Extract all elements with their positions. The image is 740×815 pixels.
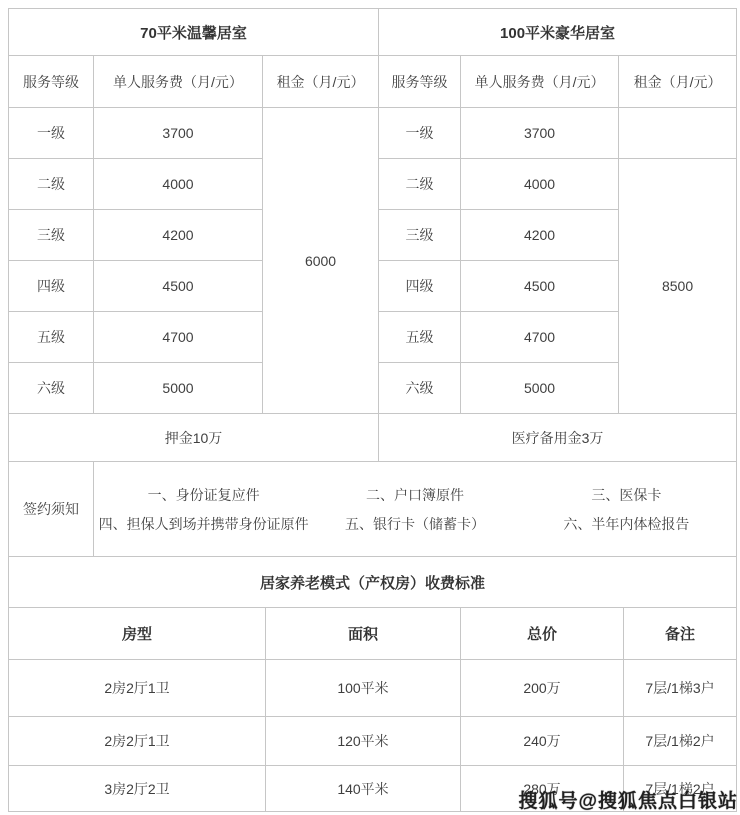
notice-item-1: 一、身份证复应件 xyxy=(98,485,309,505)
room-type-title-100: 100平米豪华居室 xyxy=(379,9,737,56)
rent-value-right: 8500 xyxy=(619,159,737,414)
level-name: 二级 xyxy=(9,159,94,210)
level-name: 三级 xyxy=(9,210,94,261)
col-header-area: 面积 xyxy=(266,608,461,660)
level-name: 六级 xyxy=(9,363,94,414)
level-name: 一级 xyxy=(9,108,94,159)
room-type: 2房2厅1卫 xyxy=(9,717,266,766)
level-name: 四级 xyxy=(379,261,461,312)
notice-line-2: 四、担保人到场并携带身份证原件 五、银行卡（储蓄卡） 六、半年内体检报告 xyxy=(98,514,732,534)
notice-item-5: 五、银行卡（储蓄卡） xyxy=(309,514,520,534)
level-fee: 4500 xyxy=(94,261,263,312)
col-header-rent-left: 租金（月/元） xyxy=(263,56,379,108)
ownership-header-row: 房型 面积 总价 备注 xyxy=(9,608,737,660)
room-price: 200万 xyxy=(461,660,624,717)
signing-notice-row: 签约须知 一、身份证复应件 二、户口簿原件 三、医保卡 四、担保人到场并携带身份… xyxy=(9,462,737,557)
notice-item-2: 二、户口簿原件 xyxy=(309,485,520,505)
col-header-service-level-left: 服务等级 xyxy=(9,56,94,108)
page: { "colors": { "border": "#c6c6c6", "text… xyxy=(0,0,740,815)
notice-item-3: 三、医保卡 xyxy=(521,485,732,505)
sohu-watermark: 搜狐号@搜狐焦点白银站 xyxy=(518,786,738,813)
level-fee: 3700 xyxy=(94,108,263,159)
level-name: 六级 xyxy=(379,363,461,414)
pricing-sheet: 70平米温馨居室 100平米豪华居室 服务等级 单人服务费（月/元） 租金（月/… xyxy=(8,8,736,812)
col-header-fee-left: 单人服务费（月/元） xyxy=(94,56,263,108)
col-header-service-level-right: 服务等级 xyxy=(379,56,461,108)
level-fee: 4700 xyxy=(461,312,619,363)
level-name: 四级 xyxy=(9,261,94,312)
level-fee: 4500 xyxy=(461,261,619,312)
level-fee: 4700 xyxy=(94,312,263,363)
col-header-room-type: 房型 xyxy=(9,608,266,660)
level-fee: 4200 xyxy=(461,210,619,261)
room-area: 140平米 xyxy=(266,766,461,812)
col-header-remark: 备注 xyxy=(624,608,737,660)
level-row-1: 一级 3700 6000 一级 3700 xyxy=(9,108,737,159)
ownership-pricing-table: 居家养老模式（产权房）收费标准 房型 面积 总价 备注 2房2厅1卫 100平米… xyxy=(8,556,737,812)
col-header-rent-right: 租金（月/元） xyxy=(619,56,737,108)
level-name: 一级 xyxy=(379,108,461,159)
level-name: 五级 xyxy=(379,312,461,363)
room-note: 7层/1梯3户 xyxy=(624,660,737,717)
column-header-row: 服务等级 单人服务费（月/元） 租金（月/元） 服务等级 单人服务费（月/元） … xyxy=(9,56,737,108)
ownership-title-row: 居家养老模式（产权房）收费标准 xyxy=(9,557,737,608)
level-name: 五级 xyxy=(9,312,94,363)
level-name: 二级 xyxy=(379,159,461,210)
ownership-row-1: 2房2厅1卫 100平米 200万 7层/1梯3户 xyxy=(9,660,737,717)
level-name: 三级 xyxy=(379,210,461,261)
room-type-title-row: 70平米温馨居室 100平米豪华居室 xyxy=(9,9,737,56)
notice-item-4: 四、担保人到场并携带身份证原件 xyxy=(98,514,309,534)
room-type: 3房2厅2卫 xyxy=(9,766,266,812)
col-header-fee-right: 单人服务费（月/元） xyxy=(461,56,619,108)
level-fee: 4200 xyxy=(94,210,263,261)
room-type-title-70: 70平米温馨居室 xyxy=(9,9,379,56)
rent-value-left: 6000 xyxy=(263,108,379,414)
rent-empty-cell-right xyxy=(619,108,737,159)
deposit-note: 押金10万 xyxy=(9,414,379,462)
col-header-total-price: 总价 xyxy=(461,608,624,660)
level-fee: 5000 xyxy=(94,363,263,414)
notice-line-1: 一、身份证复应件 二、户口簿原件 三、医保卡 xyxy=(98,485,732,505)
medical-reserve-note: 医疗备用金3万 xyxy=(379,414,737,462)
level-fee: 3700 xyxy=(461,108,619,159)
ownership-section-title: 居家养老模式（产权房）收费标准 xyxy=(9,557,737,608)
notice-item-6: 六、半年内体检报告 xyxy=(521,514,732,534)
deposit-row: 押金10万 医疗备用金3万 xyxy=(9,414,737,462)
room-note: 7层/1梯2户 xyxy=(624,717,737,766)
ownership-row-2: 2房2厅1卫 120平米 240万 7层/1梯2户 xyxy=(9,717,737,766)
room-price: 240万 xyxy=(461,717,624,766)
room-area: 100平米 xyxy=(266,660,461,717)
level-fee: 4000 xyxy=(94,159,263,210)
level-fee: 4000 xyxy=(461,159,619,210)
signing-notice-items: 一、身份证复应件 二、户口簿原件 三、医保卡 四、担保人到场并携带身份证原件 五… xyxy=(94,462,737,557)
rental-pricing-table: 70平米温馨居室 100平米豪华居室 服务等级 单人服务费（月/元） 租金（月/… xyxy=(8,8,737,557)
signing-notice-label: 签约须知 xyxy=(9,462,94,557)
room-area: 120平米 xyxy=(266,717,461,766)
room-type: 2房2厅1卫 xyxy=(9,660,266,717)
level-fee: 5000 xyxy=(461,363,619,414)
